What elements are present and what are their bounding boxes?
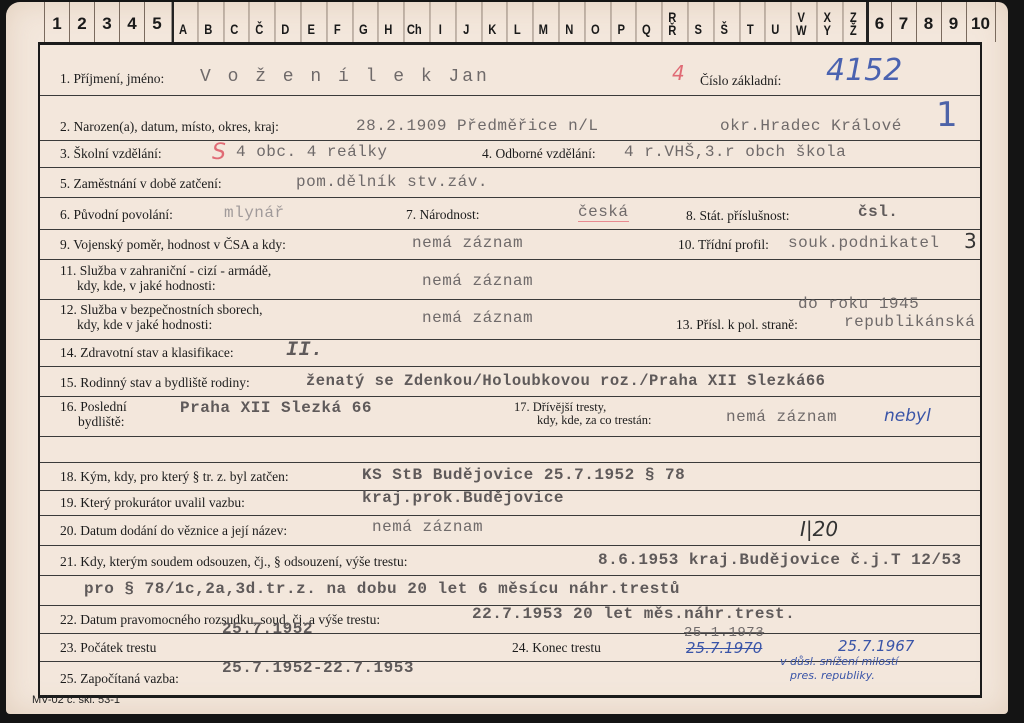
value-sentence-end-struck-hand: 25.7.1970	[686, 639, 762, 657]
value-last-residence: Praha XII Slezká 66	[180, 399, 372, 417]
row-19: 19. Který prokurátor uvalil vazbu: kraj.…	[40, 490, 980, 516]
index-tab-letter: Q	[636, 2, 657, 42]
value-health: II.	[286, 339, 324, 362]
value-prison-delivery: nemá záznam	[372, 518, 483, 536]
red-mark-s: S	[212, 140, 226, 165]
label-professional-education: 4. Odborné vzdělání:	[482, 146, 596, 161]
label-family: 15. Rodinný stav a bydliště rodiny:	[60, 375, 250, 390]
value-employment: pom.dělník stv.záv.	[296, 173, 488, 191]
value-birth-district: okr.Hradec Králové	[720, 117, 902, 135]
index-tab-letter: U	[765, 2, 786, 42]
index-tab-8: 8	[916, 2, 941, 42]
registration-card: 12345ABCČDEFGHChIJKLMNOPQRŘSŠTUVWXYZŽ678…	[6, 2, 1008, 714]
label-final-judgment: 22. Datum pravomocného rozsudku, soud, č…	[60, 612, 380, 627]
value-sentenced-2: pro § 78/1c,2a,3d.tr.z. na dobu 20 let 6…	[84, 580, 680, 598]
index-tab-letter: O	[584, 2, 605, 42]
label-surname-name: 1. Příjmení, jméno:	[60, 71, 164, 86]
index-tab-letter: ZŽ	[842, 2, 863, 42]
label-employment: 5. Zaměstnání v době zatčení:	[60, 176, 222, 191]
index-tab-letter: S	[688, 2, 709, 42]
hand-note-nebyl: nebyl	[884, 406, 931, 426]
value-military: nemá záznam	[412, 234, 523, 252]
form-grid: 1. Příjmení, jméno: V o ž e n í l e k Ja…	[38, 42, 982, 698]
row-3: 3. Školní vzdělání: S 4 obc. 4 reálky 4.…	[40, 140, 980, 168]
value-professional-education: 4 r.VHŠ,3.r obch škola	[624, 143, 846, 161]
row-6: 6. Původní povolání: mlynář 7. Národnost…	[40, 197, 980, 230]
index-tab-letter: C	[223, 2, 244, 42]
label-school-education: 3. Školní vzdělání:	[60, 146, 162, 161]
hand-mark-1: 1	[936, 95, 958, 135]
row-2: 2. Narozen(a), datum, místo, okres, kraj…	[40, 95, 980, 141]
index-tab-letter: I	[430, 2, 451, 42]
value-final-judgment: 22.7.1953 20 let měs.náhr.trest.	[472, 605, 795, 623]
index-tab-6: 6	[866, 2, 891, 42]
row-5: 5. Zaměstnání v době zatčení: pom.dělník…	[40, 167, 980, 198]
label-sentence-end: 24. Konec trestu	[512, 640, 601, 655]
value-surname-name: V o ž e n í l e k Jan	[200, 67, 490, 87]
row-14: 14. Zdravotní stav a klasifikace: II.	[40, 339, 980, 367]
value-previous-sentences: nemá záznam	[726, 408, 837, 426]
value-arrested-by: KS StB Budějovice 25.7.1952 § 78	[362, 466, 685, 484]
value-security-forces: nemá záznam	[422, 309, 533, 327]
value-citizenship: čsl.	[858, 203, 898, 221]
value-original-occupation: mlynář	[224, 204, 285, 222]
label-class-profile: 10. Třídní profil:	[678, 237, 769, 252]
value-sentence-end: 25.7.1967	[838, 637, 914, 655]
label-arrested-by: 18. Kým, kdy, pro který § tr. z. byl zat…	[60, 469, 289, 484]
index-tab-letter: E	[301, 2, 322, 42]
index-tab-letter: Ch	[404, 2, 425, 42]
index-tab-letter: F	[326, 2, 347, 42]
value-class-profile: souk.podnikatel	[788, 234, 940, 252]
label-foreign-army: 11. Služba v zahraniční - cizí - armádě,	[60, 263, 271, 278]
label-military: 9. Vojenský poměr, hodnost v ČSA a kdy:	[60, 237, 286, 252]
row-21b: pro § 78/1c,2a,3d.tr.z. na dobu 20 let 6…	[40, 575, 980, 606]
index-tab-letter: L	[507, 2, 528, 42]
row-25: 25. Započítaná vazba: 25.7.1952-22.7.195…	[40, 661, 980, 695]
label-foreign-army-2: kdy, kde, v jaké hodnosti:	[77, 278, 216, 293]
label-security-forces-2: kdy, kde v jaké hodnosti:	[77, 317, 212, 332]
index-tab-7: 7	[891, 2, 916, 42]
index-tab-1: 1	[44, 2, 69, 42]
index-tab-letter: K	[481, 2, 502, 42]
value-party-2: republikánská	[844, 313, 975, 331]
label-prosecutor: 19. Který prokurátor uvalil vazbu:	[60, 495, 245, 510]
hand-note-pardon-2: pres. republiky.	[790, 669, 875, 682]
value-family: ženatý se Zdenkou/Holoubkovou roz./Praha…	[306, 372, 825, 390]
label-citizenship: 8. Stát. příslušnost:	[686, 208, 790, 223]
label-custody-counted: 25. Započítaná vazba:	[60, 671, 179, 686]
index-tab-letter: Š	[713, 2, 734, 42]
label-last-residence-2: bydliště:	[78, 414, 125, 429]
row-11: 11. Služba v zahraniční - cizí - armádě,…	[40, 259, 980, 300]
index-tab-letter: G	[352, 2, 373, 42]
hand-note-pardon-1: v důsl. snížení milostí	[780, 655, 898, 668]
row-12: 12. Služba v bezpečnostních sborech, kdy…	[40, 299, 980, 340]
label-health: 14. Zdravotní stav a klasifikace:	[60, 345, 234, 360]
index-tab-letter: D	[275, 2, 296, 42]
index-tab-3: 3	[94, 2, 119, 42]
value-nationality: česká	[578, 203, 629, 222]
index-tab-letter: M	[533, 2, 554, 42]
index-tab-4: 4	[119, 2, 144, 42]
index-tabs: 12345ABCČDEFGHChIJKLMNOPQRŘSŠTUVWXYZŽ678…	[44, 2, 996, 42]
value-prosecutor: kraj.prok.Budějovice	[362, 489, 564, 507]
index-tab-letter: XY	[817, 2, 838, 42]
index-tab-letter: J	[455, 2, 476, 42]
value-foreign-army: nemá záznam	[422, 272, 533, 290]
label-sentenced: 21. Kdy, kterým soudem odsouzen, čj., § …	[60, 554, 407, 569]
index-tab-letter: T	[739, 2, 760, 42]
index-tab-9: 9	[941, 2, 966, 42]
label-nationality: 7. Národnost:	[406, 207, 480, 222]
index-tab-letter: RŘ	[662, 2, 683, 42]
row-15: 15. Rodinný stav a bydliště rodiny: žena…	[40, 366, 980, 397]
label-last-residence: 16. Poslední	[60, 399, 127, 414]
value-custody-counted: 25.7.1952-22.7.1953	[222, 659, 414, 677]
row-blank	[40, 436, 980, 463]
index-tab-letter: P	[610, 2, 631, 42]
index-tab-letter: VW	[791, 2, 812, 42]
label-base-number: Číslo základní:	[700, 73, 781, 88]
index-tab-10: 10	[966, 2, 996, 42]
label-prison-delivery: 20. Datum dodání do věznice a její název…	[60, 523, 287, 538]
label-party: 13. Přísl. k pol. straně:	[676, 317, 798, 332]
index-tab-letter: N	[559, 2, 580, 42]
red-mark-4: 4	[672, 61, 685, 85]
index-tab-letter: Č	[249, 2, 270, 42]
label-original-occupation: 6. Původní povolání:	[60, 207, 173, 222]
value-school-education: 4 obc. 4 reálky	[236, 143, 388, 161]
value-birth: 28.2.1909 Předměřice n/L	[356, 117, 598, 135]
index-tab-5: 5	[144, 2, 169, 42]
index-tab-2: 2	[69, 2, 94, 42]
value-sentenced: 8.6.1953 kraj.Budějovice č.j.T 12/53	[598, 551, 962, 569]
label-previous-sentences-2: kdy, kde, za co trestán:	[537, 413, 651, 428]
form-code: MV-02 č. skl. 53-1	[32, 694, 120, 706]
hand-mark-3: 3	[964, 229, 977, 253]
label-birth: 2. Narozen(a), datum, místo, okres, kraj…	[60, 119, 279, 134]
value-base-number: 4152	[826, 53, 902, 88]
value-party-1: do roku 1945	[798, 295, 919, 313]
index-tab-letter: B	[197, 2, 218, 42]
row-9: 9. Vojenský poměr, hodnost v ČSA a kdy: …	[40, 229, 980, 260]
label-sentence-start: 23. Počátek trestu	[60, 640, 156, 655]
index-tab-letter: H	[378, 2, 399, 42]
row-21: 21. Kdy, kterým soudem odsouzen, čj., § …	[40, 545, 980, 576]
hand-note-i-20: I|20	[800, 517, 838, 541]
label-security-forces: 12. Služba v bezpečnostních sborech,	[60, 302, 262, 317]
row-20: 20. Datum dodání do věznice a její název…	[40, 515, 980, 546]
index-tab-letter: A	[172, 2, 193, 42]
row-18: 18. Kým, kdy, pro který § tr. z. byl zat…	[40, 462, 980, 491]
row-22: 22. Datum pravomocného rozsudku, soud, č…	[40, 605, 980, 634]
row-1: 1. Příjmení, jméno: V o ž e n í l e k Ja…	[40, 45, 980, 96]
row-16: 16. Poslední bydliště: Praha XII Slezká …	[40, 396, 980, 437]
